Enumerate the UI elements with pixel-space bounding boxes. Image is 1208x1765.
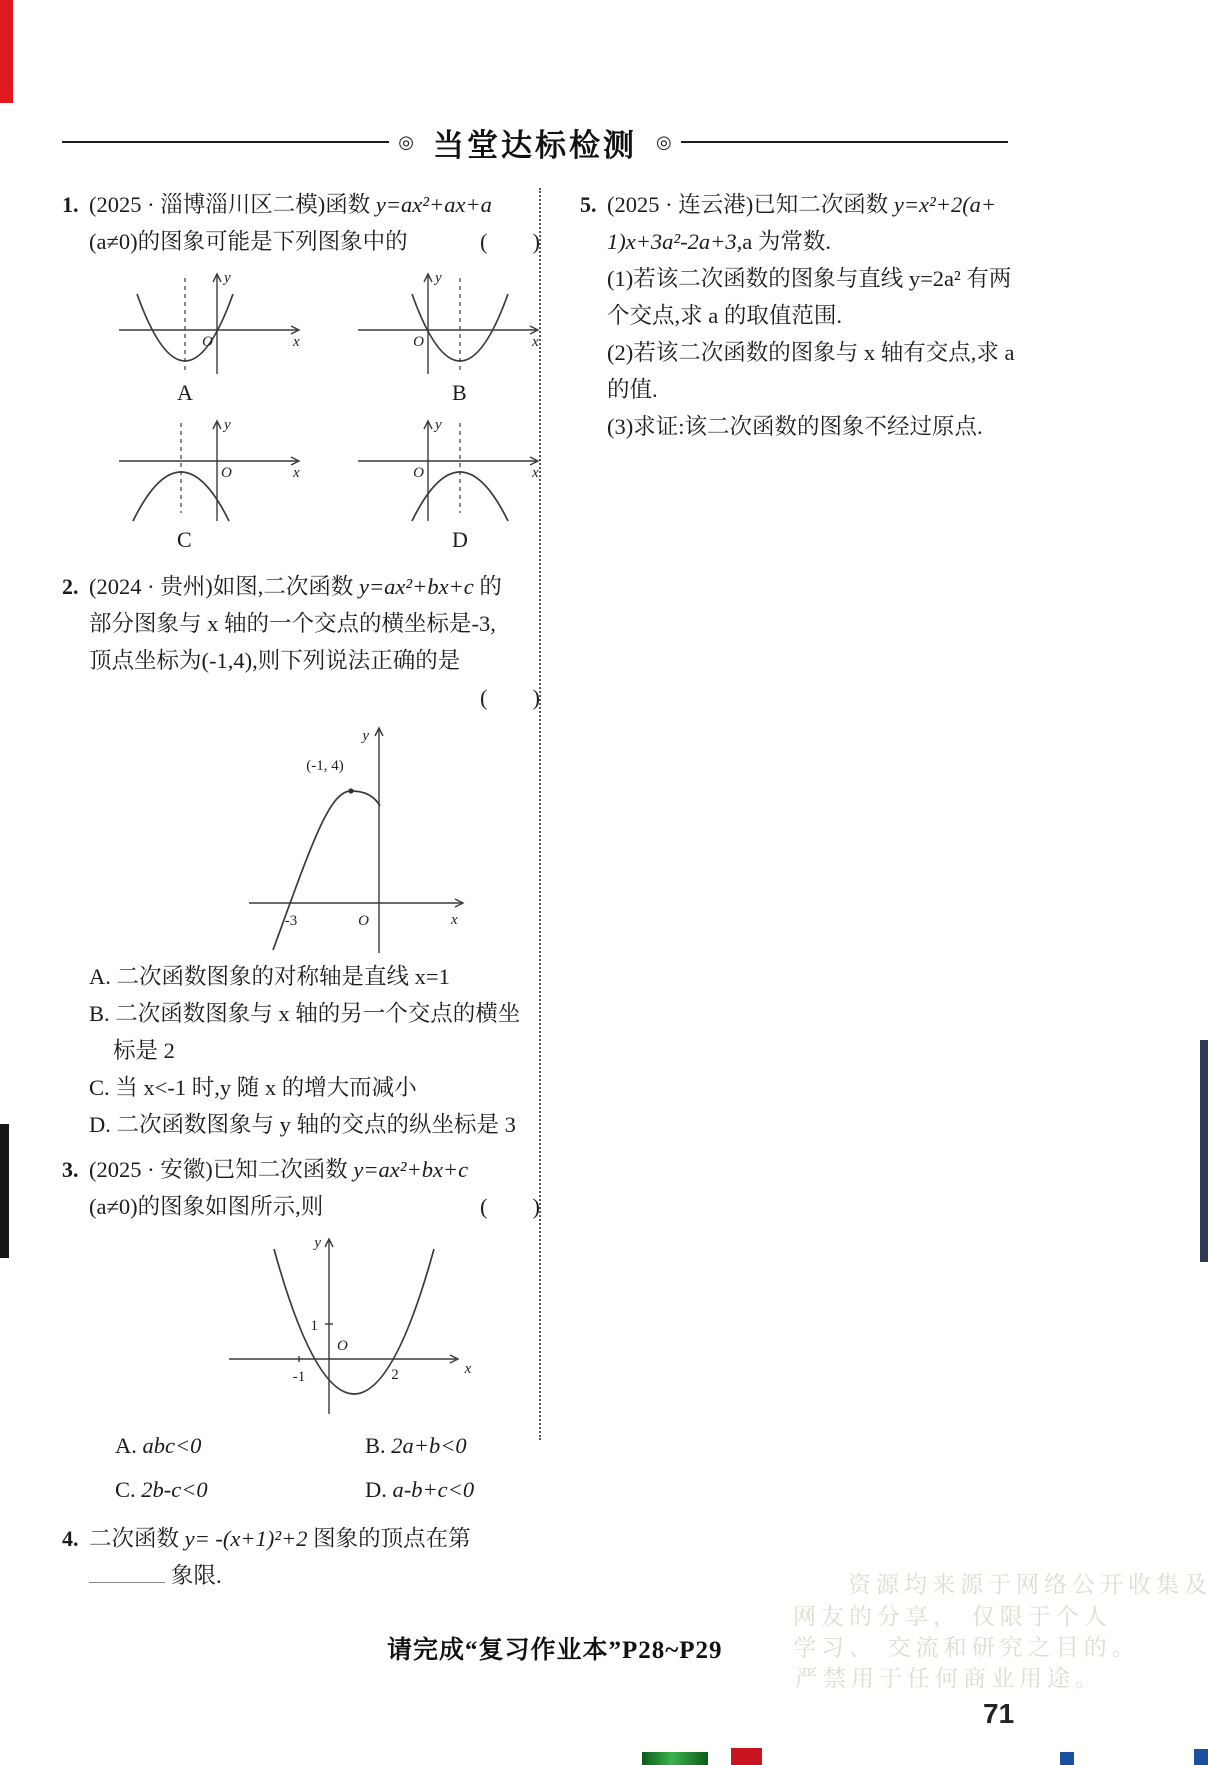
problem-3-graph: 1 -1 2 O x y bbox=[214, 1229, 484, 1424]
ring-ornament-icon: ◎ bbox=[656, 133, 672, 151]
subquestion-3-line: (3)求证:该二次函数的图象不经过原点. bbox=[607, 408, 1045, 445]
text-run: 图象的顶点在第 bbox=[308, 1526, 471, 1551]
x-axis-label: x bbox=[531, 465, 539, 481]
y-tick-label: 1 bbox=[311, 1318, 319, 1334]
problem-text-line: (2025 · 安徽)已知二次函数 y=ax²+bx+c bbox=[89, 1151, 540, 1188]
problem-1: 1. (2025 · 淄博淄川区二模)函数 y=ax²+ax+a (a≠0)的图… bbox=[62, 186, 540, 560]
graph-option-a: y x O bbox=[89, 266, 328, 381]
problem-text-line: 二次函数 y= -(x+1)²+2 图象的顶点在第 bbox=[89, 1520, 540, 1557]
watermark-line: 学习、 交流和研究之目的。 bbox=[793, 1629, 1140, 1662]
graph-option-c: y x O bbox=[89, 413, 328, 528]
formula: abc<0 bbox=[143, 1433, 202, 1458]
origin-label: O bbox=[202, 334, 213, 350]
option-c: C. 2b-c<0 bbox=[115, 1468, 365, 1512]
problem-text-line: 象限. bbox=[89, 1557, 540, 1594]
x-axis-label: x bbox=[292, 334, 300, 350]
x-axis-label: x bbox=[531, 334, 539, 350]
problem-5: 5. (2025 · 连云港)已知二次函数 y=x²+2(a+ 1)x+3a²-… bbox=[580, 186, 1045, 445]
watermark-line: 资源均来源于网络公开收集及 bbox=[848, 1566, 1208, 1599]
y-axis-label: y bbox=[312, 1235, 321, 1251]
red-print-bar bbox=[731, 1748, 762, 1765]
header-rule-right bbox=[681, 141, 1008, 143]
answer-bracket: ( ) bbox=[480, 1188, 540, 1225]
parabola-plot-a: y x O bbox=[107, 266, 307, 381]
option-d: D. a-b+c<0 bbox=[365, 1468, 540, 1512]
text-run: (2025 · 连云港)已知二次函数 bbox=[607, 192, 894, 217]
subquestion-1-line: 个交点,求 a 的取值范围. bbox=[607, 297, 1045, 334]
text-run: a 为常数. bbox=[742, 229, 831, 254]
text-run: (2024 · 贵州)如图,二次函数 bbox=[89, 574, 359, 599]
problem-text-line: 顶点坐标为(-1,4),则下列说法正确的是 bbox=[89, 642, 540, 679]
red-edge-strip bbox=[0, 0, 13, 103]
problem-2: 2. (2024 · 贵州)如图,二次函数 y=ax²+bx+c 的 部分图象与… bbox=[62, 568, 540, 1143]
option-b: B. 二次函数图象与 x 轴的另一个交点的横坐 bbox=[89, 995, 540, 1032]
option-graphs-grid: y x O y x O A bbox=[89, 266, 540, 560]
problem-text-line: (2025 · 连云港)已知二次函数 y=x²+2(a+ bbox=[607, 186, 1045, 223]
answer-bracket: ( ) bbox=[480, 223, 540, 260]
problem-2-graph: (-1, 4) -3 O x y bbox=[229, 718, 479, 958]
problem-text-line: (2025 · 淄博淄川区二模)函数 y=ax²+ax+a bbox=[89, 186, 540, 223]
problem-3: 3. (2025 · 安徽)已知二次函数 y=ax²+bx+c (a≠0)的图象… bbox=[62, 1151, 540, 1512]
problem-text-line: (a≠0)的图象可能是下列图象中的( ) bbox=[89, 223, 540, 260]
x-tick-label-2: 2 bbox=[391, 1367, 399, 1383]
y-axis-label: y bbox=[222, 417, 231, 433]
problem-text-line: (2024 · 贵州)如图,二次函数 y=ax²+bx+c 的 bbox=[89, 568, 540, 605]
header-rule-left bbox=[62, 141, 389, 143]
option-letter: B. bbox=[365, 1433, 391, 1458]
formula: y=ax²+ax+a bbox=[376, 192, 492, 217]
graph-option-d: y x O bbox=[328, 413, 567, 528]
page-title: 当堂达标检测 bbox=[433, 120, 637, 165]
problem-4: 4. 二次函数 y= -(x+1)²+2 图象的顶点在第 象限. bbox=[62, 1520, 540, 1594]
formula: y=ax²+bx+c bbox=[353, 1157, 468, 1182]
graph-label-d: D bbox=[328, 528, 567, 552]
left-column: 1. (2025 · 淄博淄川区二模)函数 y=ax²+ax+a (a≠0)的图… bbox=[62, 178, 540, 1594]
formula: y=x²+2(a+ bbox=[894, 192, 996, 217]
graph-label-c: C bbox=[89, 528, 328, 552]
formula: 1)x+3a²-2a+3, bbox=[607, 229, 742, 254]
options-grid: A. abc<0 B. 2a+b<0 C. 2b-c<0 D. a-b+c<0 bbox=[89, 1424, 540, 1512]
vertex-label: (-1, 4) bbox=[306, 758, 344, 774]
graph-label-b: B bbox=[328, 381, 567, 405]
subquestion-2-line: 的值. bbox=[607, 371, 1045, 408]
y-axis-label: y bbox=[433, 417, 442, 433]
right-edge-strip bbox=[1200, 1040, 1208, 1262]
section-header: ◎ 当堂达标检测 ◎ bbox=[62, 116, 1008, 168]
y-axis-label: y bbox=[360, 728, 369, 744]
origin-label: O bbox=[413, 334, 424, 350]
parabola-plot-c: y x O bbox=[107, 413, 307, 528]
problem-number: 4. bbox=[62, 1520, 79, 1557]
formula: 2b-c<0 bbox=[141, 1477, 207, 1502]
formula: y= -(x+1)²+2 bbox=[185, 1526, 308, 1551]
origin-label: O bbox=[337, 1338, 348, 1354]
homework-footer: 请完成“复习作业本”P28~P29 bbox=[387, 1630, 723, 1666]
x-axis-label: x bbox=[450, 912, 458, 928]
watermark-line: 网友的分享， 仅限于个人 bbox=[793, 1598, 1112, 1631]
parabola-plot-d: y x O bbox=[346, 413, 546, 528]
x-tick-label-neg1: -1 bbox=[293, 1369, 306, 1385]
option-letter: D. bbox=[365, 1477, 393, 1502]
option-d: D. 二次函数图象与 y 轴的交点的纵坐标是 3 bbox=[89, 1106, 540, 1143]
x-axis-label: x bbox=[464, 1361, 472, 1377]
text-run: (a≠0)的图象如图所示,则 bbox=[89, 1188, 323, 1225]
subquestion-1-line: (1)若该二次函数的图象与直线 y=2a² 有两 bbox=[607, 260, 1045, 297]
origin-label: O bbox=[358, 913, 369, 929]
option-a: A. 二次函数图象的对称轴是直线 x=1 bbox=[89, 958, 540, 995]
subquestion-2-line: (2)若该二次函数的图象与 x 轴有交点,求 a bbox=[607, 334, 1045, 371]
text-run: 二次函数 bbox=[89, 1526, 185, 1551]
problem-number: 1. bbox=[62, 186, 79, 223]
blue-print-mark bbox=[1060, 1752, 1074, 1765]
x-axis-label: x bbox=[292, 465, 300, 481]
text-run: 象限. bbox=[171, 1563, 222, 1588]
watermark-line: 严禁用于任何商业用途。 bbox=[795, 1660, 1103, 1693]
origin-label: O bbox=[221, 465, 232, 481]
option-a: A. abc<0 bbox=[115, 1424, 365, 1468]
problem-number: 2. bbox=[62, 568, 79, 605]
option-b-continued: 标是 2 bbox=[89, 1032, 540, 1069]
problem-number: 3. bbox=[62, 1151, 79, 1188]
text-run: (2025 · 淄博淄川区二模)函数 bbox=[89, 192, 376, 217]
right-column: 5. (2025 · 连云港)已知二次函数 y=x²+2(a+ 1)x+3a²-… bbox=[580, 178, 1045, 445]
text-run: (a≠0)的图象可能是下列图象中的 bbox=[89, 223, 408, 260]
x-intercept-label: -3 bbox=[285, 913, 298, 929]
black-edge-strip bbox=[0, 1124, 9, 1258]
parabola-plot-b: y x O bbox=[346, 266, 546, 381]
y-axis-label: y bbox=[222, 270, 231, 286]
option-b: B. 2a+b<0 bbox=[365, 1424, 540, 1468]
problem-text-line: 部分图象与 x 轴的一个交点的横坐标是-3, bbox=[89, 605, 540, 642]
y-axis-label: y bbox=[433, 270, 442, 286]
origin-label: O bbox=[413, 465, 424, 481]
option-letter: A. bbox=[115, 1433, 143, 1458]
graph-option-b: y x O bbox=[328, 266, 567, 381]
option-letter: C. bbox=[115, 1477, 141, 1502]
formula: 2a+b<0 bbox=[391, 1433, 466, 1458]
problem-number: 5. bbox=[580, 186, 597, 223]
answer-blank bbox=[89, 1558, 165, 1583]
text-run: (2025 · 安徽)已知二次函数 bbox=[89, 1157, 353, 1182]
ring-ornament-icon: ◎ bbox=[398, 133, 414, 151]
graph-label-a: A bbox=[89, 381, 328, 405]
option-c: C. 当 x<-1 时,y 随 x 的增大而减小 bbox=[89, 1069, 540, 1106]
formula: y=ax²+bx+c bbox=[359, 574, 474, 599]
page-number: 71 bbox=[983, 1698, 1014, 1730]
problem-text-line: 1)x+3a²-2a+3,a 为常数. bbox=[607, 223, 1045, 260]
textbook-page: ◎ 当堂达标检测 ◎ 1. (2025 · 淄博淄川区二模)函数 y=ax²+a… bbox=[0, 0, 1208, 1765]
problem-text-line: (a≠0)的图象如图所示,则( ) bbox=[89, 1188, 540, 1225]
green-print-bar bbox=[642, 1752, 708, 1765]
blue-corner-mark bbox=[1194, 1749, 1208, 1765]
text-run: 的 bbox=[474, 574, 502, 599]
formula: a-b+c<0 bbox=[393, 1477, 475, 1502]
answer-bracket: ( ) bbox=[89, 679, 540, 716]
